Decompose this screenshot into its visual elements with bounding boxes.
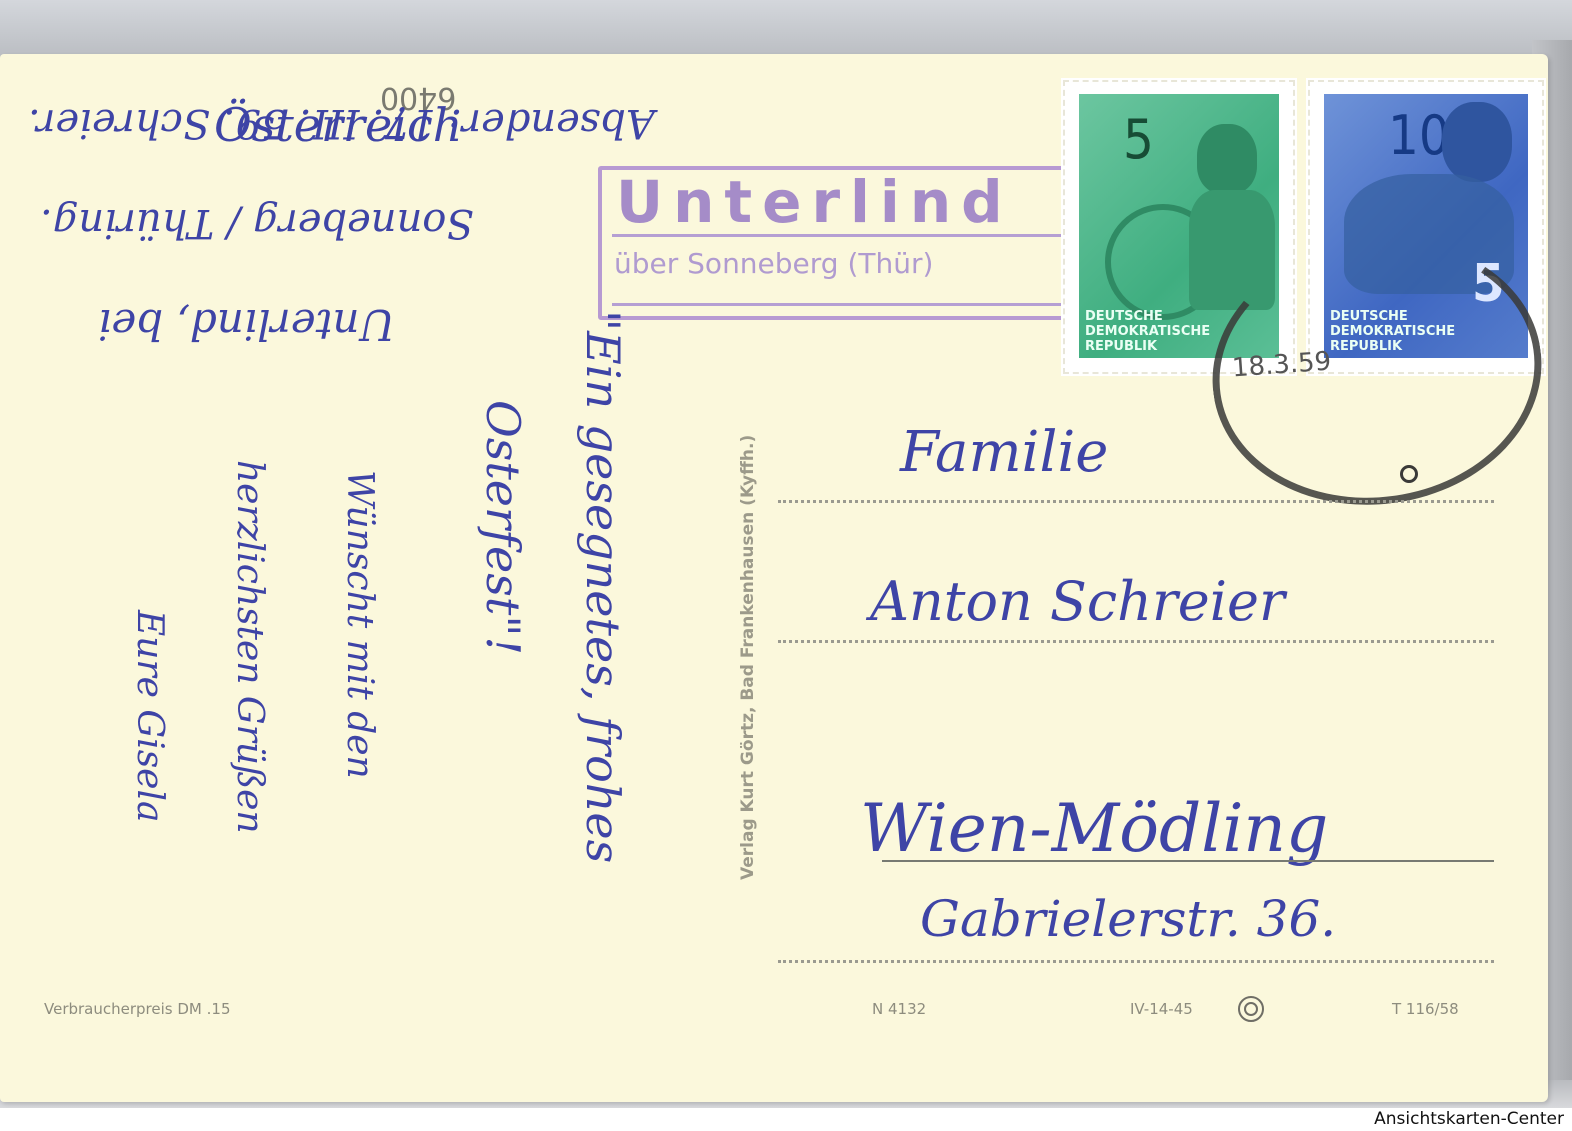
- postmark-place: Unterlind: [616, 168, 1013, 236]
- code-n: N 4132: [872, 1000, 926, 1018]
- address-line-2: [778, 640, 1494, 643]
- recipient-city: Wien-Mödling: [860, 790, 1328, 867]
- regards-line-3: Eure Gisela: [129, 610, 170, 822]
- price-label: Verbraucherpreis DM .15: [44, 1000, 230, 1018]
- postmark-bottom-line: [612, 303, 1072, 306]
- publisher-text: Verlag Kurt Görtz, Bad Frankenhausen (Ky…: [738, 435, 758, 880]
- woman-figure-icon: [1197, 124, 1257, 194]
- code-iv: IV-14-45: [1130, 1000, 1193, 1018]
- greeting-line-1: "Ein gesegnetes, frohes: [576, 310, 630, 863]
- recipient-line-1: Familie: [900, 420, 1108, 485]
- printer-logo-icon: [1238, 996, 1264, 1022]
- workers-figure-icon: [1442, 102, 1512, 182]
- sender-line-2: Unterlind, bei: [98, 300, 395, 349]
- recipient-line-2: Anton Schreier: [870, 570, 1285, 633]
- stamp-value: 10: [1388, 104, 1450, 167]
- cancellation-dot: [1400, 465, 1418, 483]
- sender-line-3: Sonneberg / Thüring.: [40, 200, 474, 246]
- watermark: Ansichtskarten-Center: [1374, 1109, 1564, 1129]
- postmark-divider: [612, 234, 1072, 237]
- code-t: T 116/58: [1392, 1000, 1459, 1018]
- address-line-4: [778, 960, 1494, 963]
- destination-country-text: Österreich: [214, 98, 462, 152]
- regards-line-1: Wünscht mit den: [339, 470, 380, 779]
- greeting-line-2: Osterfest"!: [476, 400, 530, 655]
- address-line-3: [882, 860, 1494, 862]
- postmark-route: über Sonneberg (Thür): [614, 247, 933, 280]
- regards-line-2: herzlichsten Grüßen: [229, 460, 270, 834]
- stamp-value: 5: [1123, 108, 1154, 171]
- address-line-1: [778, 500, 1494, 503]
- scan-background-top: [0, 0, 1572, 60]
- recipient-street: Gabrielerstr. 36.: [920, 890, 1336, 948]
